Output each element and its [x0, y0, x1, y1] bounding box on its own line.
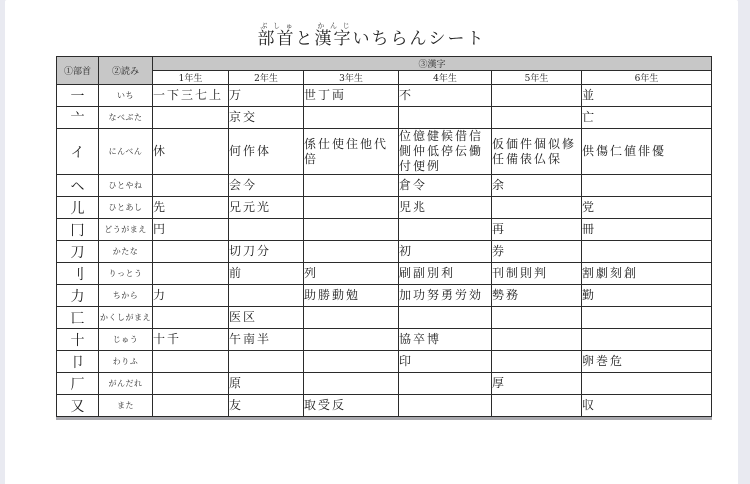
kanji-cell-grade-2: 切刀分 — [229, 241, 304, 263]
kanji-cell-grade-3 — [304, 107, 399, 129]
reading-cell: いち — [99, 85, 153, 107]
header-grade-6: 6年生 — [582, 71, 712, 85]
kanji-cell-grade-1 — [153, 395, 229, 417]
kanji-cell-grade-5 — [492, 197, 582, 219]
radical-cell: 一 — [57, 85, 99, 107]
kanji-cell-grade-4: 刷副別利 — [399, 263, 492, 285]
header-row-grades: 1年生2年生3年生4年生5年生6年生 — [57, 71, 712, 85]
kanji-cell-grade-4: 協卒博 — [399, 329, 492, 351]
kanji-cell-grade-6: 亡 — [582, 107, 712, 129]
kanji-cell-grade-6 — [582, 329, 712, 351]
kanji-cell-grade-3 — [304, 329, 399, 351]
radical-cell: 匸 — [57, 307, 99, 329]
title-ruby-kanji: 漢字かんじ — [315, 29, 353, 49]
header-grade-1: 1年生 — [153, 71, 229, 85]
radical-cell: 刂 — [57, 263, 99, 285]
reading-cell: なべぶた — [99, 107, 153, 129]
kanji-cell-grade-4: 加功努勇労効 — [399, 285, 492, 307]
kanji-cell-grade-5: 再 — [492, 219, 582, 241]
kanji-cell-grade-3: 助勝動勉 — [304, 285, 399, 307]
title-text-bushu: 部首 — [258, 29, 296, 49]
kanji-cell-grade-4 — [399, 107, 492, 129]
reading-cell: ひとあし — [99, 197, 153, 219]
kanji-cell-grade-6: 党 — [582, 197, 712, 219]
kanji-cell-grade-6: 収 — [582, 395, 712, 417]
kanji-cell-grade-2 — [229, 219, 304, 241]
table-row: 刂りっとう前列刷副別利刊制則判割劇刻創 — [57, 263, 712, 285]
kanji-cell-grade-3: 世丁両 — [304, 85, 399, 107]
radical-cell: イ — [57, 129, 99, 175]
kanji-cell-grade-2: 万 — [229, 85, 304, 107]
radical-cell: 卩 — [57, 351, 99, 373]
kanji-cell-grade-6 — [582, 373, 712, 395]
kanji-cell-grade-2: 午南半 — [229, 329, 304, 351]
title-furigana-kanji: かんじ — [315, 22, 353, 30]
kanji-cell-grade-5 — [492, 351, 582, 373]
table-row: ヘひとやね会今倉令余 — [57, 175, 712, 197]
kanji-cell-grade-5 — [492, 329, 582, 351]
kanji-cell-grade-3: 係仕使住他代倍 — [304, 129, 399, 175]
kanji-table-body: 一いち一下三七上万世丁両不並亠なべぶた京交亡イにんべん休何作体係仕使住他代倍位億… — [57, 85, 712, 417]
table-row: 厂がんだれ原厚 — [57, 373, 712, 395]
header-row-top: ①部首 ②読み ③漢字 — [57, 57, 712, 71]
header-grade-2: 2年生 — [229, 71, 304, 85]
kanji-cell-grade-5: 余 — [492, 175, 582, 197]
kanji-cell-grade-6: 卵巻危 — [582, 351, 712, 373]
header-reading: ②読み — [99, 57, 153, 85]
page-title: 部首ぶしゅと漢字かんじいちらんシート — [5, 0, 738, 49]
kanji-cell-grade-1: 一下三七上 — [153, 85, 229, 107]
table-header: ①部首 ②読み ③漢字 1年生2年生3年生4年生5年生6年生 — [57, 57, 712, 85]
kanji-cell-grade-5: 仮価件個似修任備俵仏保 — [492, 129, 582, 175]
kanji-cell-grade-1: 円 — [153, 219, 229, 241]
table-row: 刀かたな切刀分初券 — [57, 241, 712, 263]
title-furigana-bushu: ぶしゅ — [258, 22, 296, 30]
kanji-cell-grade-5: 券 — [492, 241, 582, 263]
table-row: 冂どうがまえ円再冊 — [57, 219, 712, 241]
radical-cell: 十 — [57, 329, 99, 351]
kanji-cell-grade-6: 供傷仁値俳優 — [582, 129, 712, 175]
kanji-cell-grade-5 — [492, 395, 582, 417]
kanji-cell-grade-3: 取受反 — [304, 395, 399, 417]
kanji-cell-grade-3: 列 — [304, 263, 399, 285]
kanji-cell-grade-2: 友 — [229, 395, 304, 417]
kanji-cell-grade-1 — [153, 307, 229, 329]
kanji-cell-grade-3 — [304, 175, 399, 197]
reading-cell: また — [99, 395, 153, 417]
kanji-cell-grade-5 — [492, 107, 582, 129]
header-grade-4: 4年生 — [399, 71, 492, 85]
header-kanji: ③漢字 — [153, 57, 712, 71]
table-row: 十じゅう十千午南半協卒博 — [57, 329, 712, 351]
reading-cell: がんだれ — [99, 373, 153, 395]
kanji-cell-grade-3 — [304, 219, 399, 241]
table-row: 亠なべぶた京交亡 — [57, 107, 712, 129]
reading-cell: りっとう — [99, 263, 153, 285]
kanji-cell-grade-6: 勤 — [582, 285, 712, 307]
kanji-cell-grade-4: 倉令 — [399, 175, 492, 197]
kanji-cell-grade-1 — [153, 241, 229, 263]
kanji-cell-grade-3 — [304, 307, 399, 329]
kanji-cell-grade-1 — [153, 351, 229, 373]
radical-cell: 刀 — [57, 241, 99, 263]
reading-cell: じゅう — [99, 329, 153, 351]
kanji-cell-grade-5: 刊制則判 — [492, 263, 582, 285]
kanji-cell-grade-1: 先 — [153, 197, 229, 219]
radical-cell: 又 — [57, 395, 99, 417]
kanji-cell-grade-4 — [399, 395, 492, 417]
table-row: 又また友取受反収 — [57, 395, 712, 417]
kanji-cell-grade-1 — [153, 175, 229, 197]
header-grade-3: 3年生 — [304, 71, 399, 85]
kanji-cell-grade-6 — [582, 241, 712, 263]
kanji-cell-grade-3 — [304, 197, 399, 219]
table-row: 匸かくしがまえ医区 — [57, 307, 712, 329]
kanji-cell-grade-2: 何作体 — [229, 129, 304, 175]
kanji-cell-grade-4: 児兆 — [399, 197, 492, 219]
reading-cell: ひとやね — [99, 175, 153, 197]
radical-cell: 亠 — [57, 107, 99, 129]
radical-cell: 冂 — [57, 219, 99, 241]
table-row: 儿ひとあし先兄元光児兆党 — [57, 197, 712, 219]
kanji-cell-grade-2: 兄元光 — [229, 197, 304, 219]
kanji-cell-grade-1: 十千 — [153, 329, 229, 351]
reading-cell: わりふ — [99, 351, 153, 373]
table-row: 一いち一下三七上万世丁両不並 — [57, 85, 712, 107]
reading-cell: かたな — [99, 241, 153, 263]
kanji-cell-grade-6: 冊 — [582, 219, 712, 241]
title-text-kanji: 漢字 — [315, 29, 353, 49]
reading-cell: どうがまえ — [99, 219, 153, 241]
kanji-cell-grade-6 — [582, 307, 712, 329]
kanji-cell-grade-2 — [229, 351, 304, 373]
table-row: イにんべん休何作体係仕使住他代倍位億健候借信側仲低停伝働付便例仮価件個似修任備俵… — [57, 129, 712, 175]
kanji-cell-grade-1 — [153, 263, 229, 285]
kanji-cell-grade-2: 会今 — [229, 175, 304, 197]
kanji-cell-grade-1 — [153, 373, 229, 395]
title-tail: いちらんシート — [353, 29, 486, 49]
kanji-cell-grade-1 — [153, 107, 229, 129]
kanji-cell-grade-4: 位億健候借信側仲低停伝働付便例 — [399, 129, 492, 175]
reading-cell: ちから — [99, 285, 153, 307]
kanji-cell-grade-6: 並 — [582, 85, 712, 107]
kanji-cell-grade-5 — [492, 307, 582, 329]
reading-cell: かくしがまえ — [99, 307, 153, 329]
kanji-cell-grade-2: 医区 — [229, 307, 304, 329]
kanji-cell-grade-4: 印 — [399, 351, 492, 373]
radical-cell: 厂 — [57, 373, 99, 395]
kanji-cell-grade-3 — [304, 373, 399, 395]
kanji-cell-grade-5: 厚 — [492, 373, 582, 395]
kanji-cell-grade-6 — [582, 175, 712, 197]
kanji-cell-grade-4 — [399, 307, 492, 329]
kanji-cell-grade-1: 力 — [153, 285, 229, 307]
title-particle: と — [296, 29, 315, 49]
kanji-cell-grade-2 — [229, 285, 304, 307]
kanji-cell-grade-3 — [304, 351, 399, 373]
kanji-cell-grade-3 — [304, 241, 399, 263]
reading-cell: にんべん — [99, 129, 153, 175]
table-row: 力ちから力助勝動勉加功努勇労効勢務勤 — [57, 285, 712, 307]
kanji-cell-grade-2: 京交 — [229, 107, 304, 129]
document-viewport: 部首ぶしゅと漢字かんじいちらんシート ①部首 ②読み ③漢字 1年生2年生3年生… — [0, 0, 750, 484]
kanji-cell-grade-1: 休 — [153, 129, 229, 175]
kanji-cell-grade-4: 不 — [399, 85, 492, 107]
kanji-cell-grade-4 — [399, 373, 492, 395]
radical-cell: ヘ — [57, 175, 99, 197]
kanji-cell-grade-4 — [399, 219, 492, 241]
header-radical: ①部首 — [57, 57, 99, 85]
kanji-cell-grade-6: 割劇刻創 — [582, 263, 712, 285]
header-grade-5: 5年生 — [492, 71, 582, 85]
sheet-page: 部首ぶしゅと漢字かんじいちらんシート ①部首 ②読み ③漢字 1年生2年生3年生… — [5, 0, 738, 484]
kanji-cell-grade-2: 前 — [229, 263, 304, 285]
kanji-table: ①部首 ②読み ③漢字 1年生2年生3年生4年生5年生6年生 一いち一下三七上万… — [56, 56, 712, 417]
radical-cell: 力 — [57, 285, 99, 307]
table-row: 卩わりふ印卵巻危 — [57, 351, 712, 373]
kanji-cell-grade-5: 勢務 — [492, 285, 582, 307]
title-ruby-bushu: 部首ぶしゅ — [258, 29, 296, 49]
radical-cell: 儿 — [57, 197, 99, 219]
kanji-cell-grade-5 — [492, 85, 582, 107]
kanji-cell-grade-4: 初 — [399, 241, 492, 263]
kanji-cell-grade-2: 原 — [229, 373, 304, 395]
